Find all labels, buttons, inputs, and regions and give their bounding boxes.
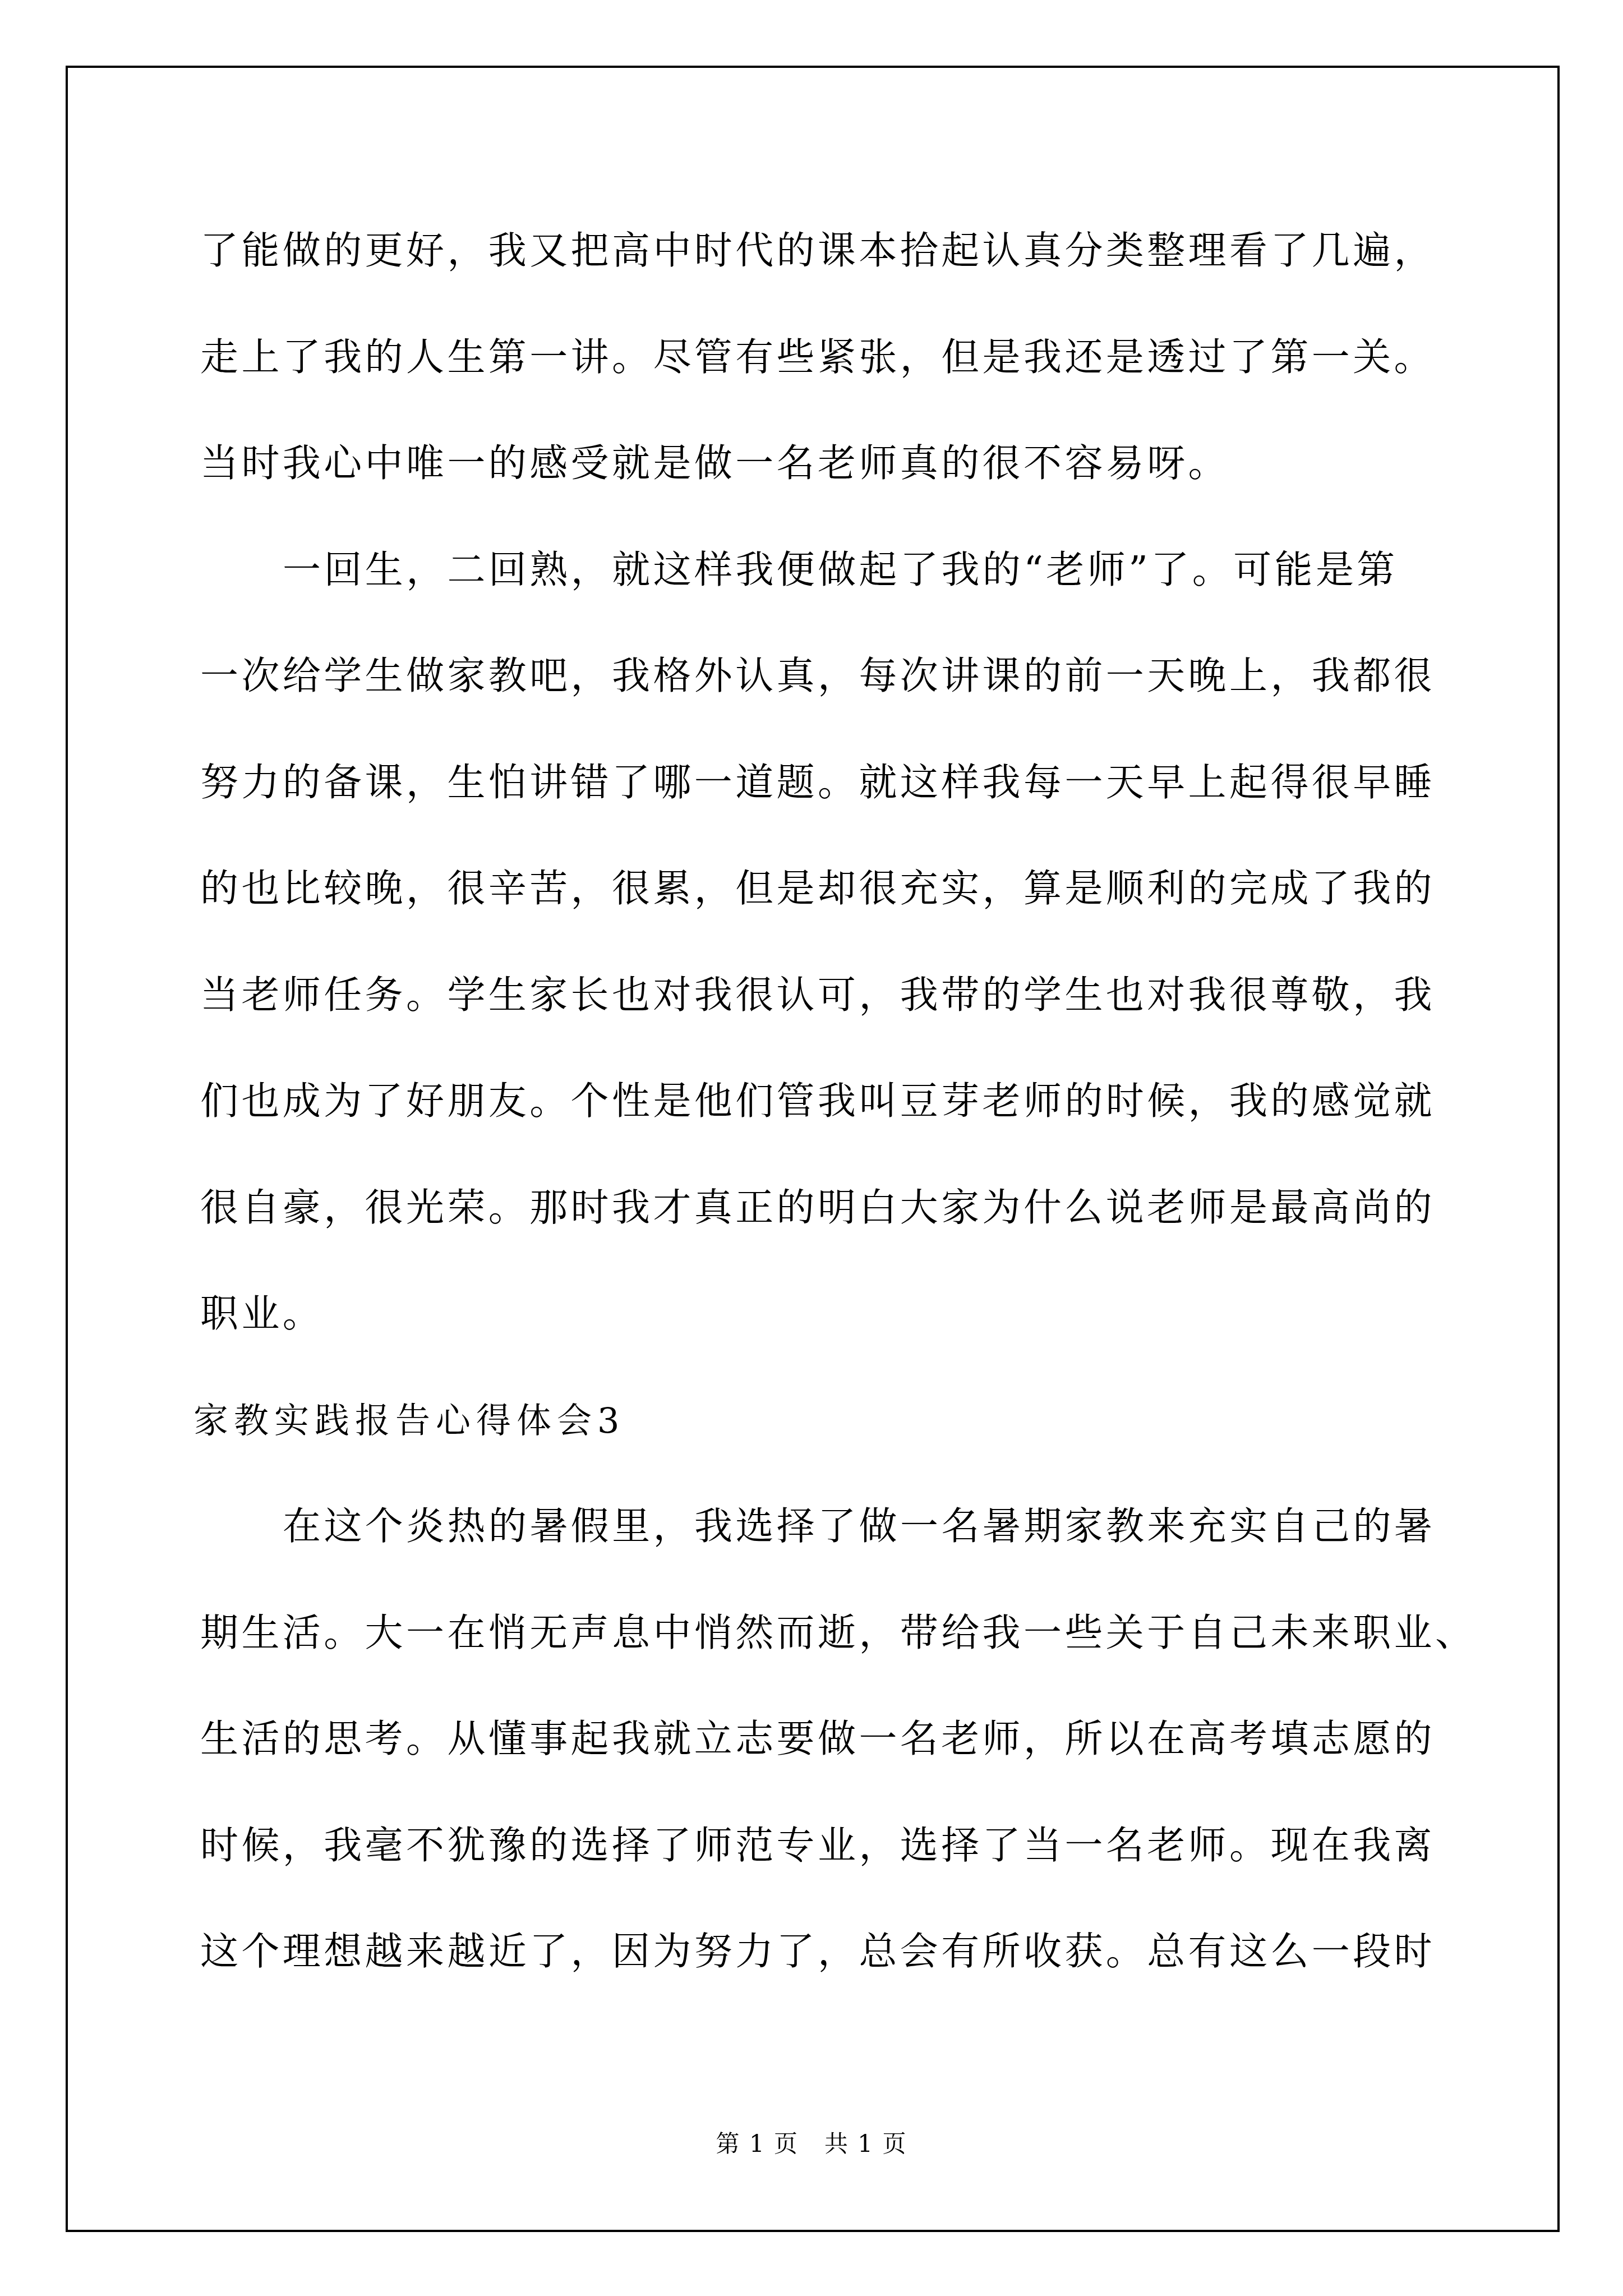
- body-line-7: 的也比较晚，很辛苦，很累，但是却很充实，算是顺利的完成了我的: [200, 867, 1435, 912]
- body-line-15: 生活的思考。从懂事起我就立志要做一名老师，所以在高考填志愿的: [200, 1717, 1435, 1762]
- body-line-5: 一次给学生做家教吧，我格外认真，每次讲课的前一天晚上，我都很: [200, 654, 1435, 699]
- body-line-14: 期生活。大一在悄无声息中悄然而逝，带给我一些关于自己未来职业、: [200, 1611, 1476, 1656]
- body-line-17: 这个理想越来越近了，因为努力了，总会有所收获。总有这么一段时: [200, 1930, 1435, 1975]
- body-line-8: 当老师任务。学生家长也对我很认可，我带的学生也对我很尊敬，我: [200, 973, 1435, 1018]
- section-heading: 家教实践报告心得体会3: [193, 1398, 625, 1443]
- page-number-footer: 第 1 页 共 1 页: [0, 2129, 1623, 2159]
- body-line-11: 职业。: [200, 1292, 324, 1337]
- body-line-3: 当时我心中唯一的感受就是做一名老师真的很不容易呀。: [200, 441, 1229, 486]
- body-line-16: 时候，我毫不犹豫的选择了师范专业，选择了当一名老师。现在我离: [200, 1824, 1435, 1869]
- body-line-10: 很自豪，很光荣。那时我才真正的明白大家为什么说老师是最高尚的: [200, 1186, 1435, 1231]
- body-line-9: 们也成为了好朋友。个性是他们管我叫豆芽老师的时候，我的感觉就: [200, 1079, 1435, 1124]
- body-line-6: 努力的备课，生怕讲错了哪一道题。就这样我每一天早上起得很早睡: [200, 761, 1435, 806]
- body-line-4-paragraph-start: 一回生，二回熟，就这样我便做起了我的“老师”了。可能是第: [283, 548, 1398, 593]
- body-line-1: 了能做的更好，我又把高中时代的课本拾起认真分类整理看了几遍，: [200, 229, 1435, 274]
- body-line-13-paragraph-start: 在这个炎热的暑假里，我选择了做一名暑期家教来充实自己的暑: [283, 1504, 1435, 1549]
- page-border-frame: [66, 66, 1560, 2232]
- body-line-2: 走上了我的人生第一讲。尽管有些紧张，但是我还是透过了第一关。: [200, 335, 1435, 380]
